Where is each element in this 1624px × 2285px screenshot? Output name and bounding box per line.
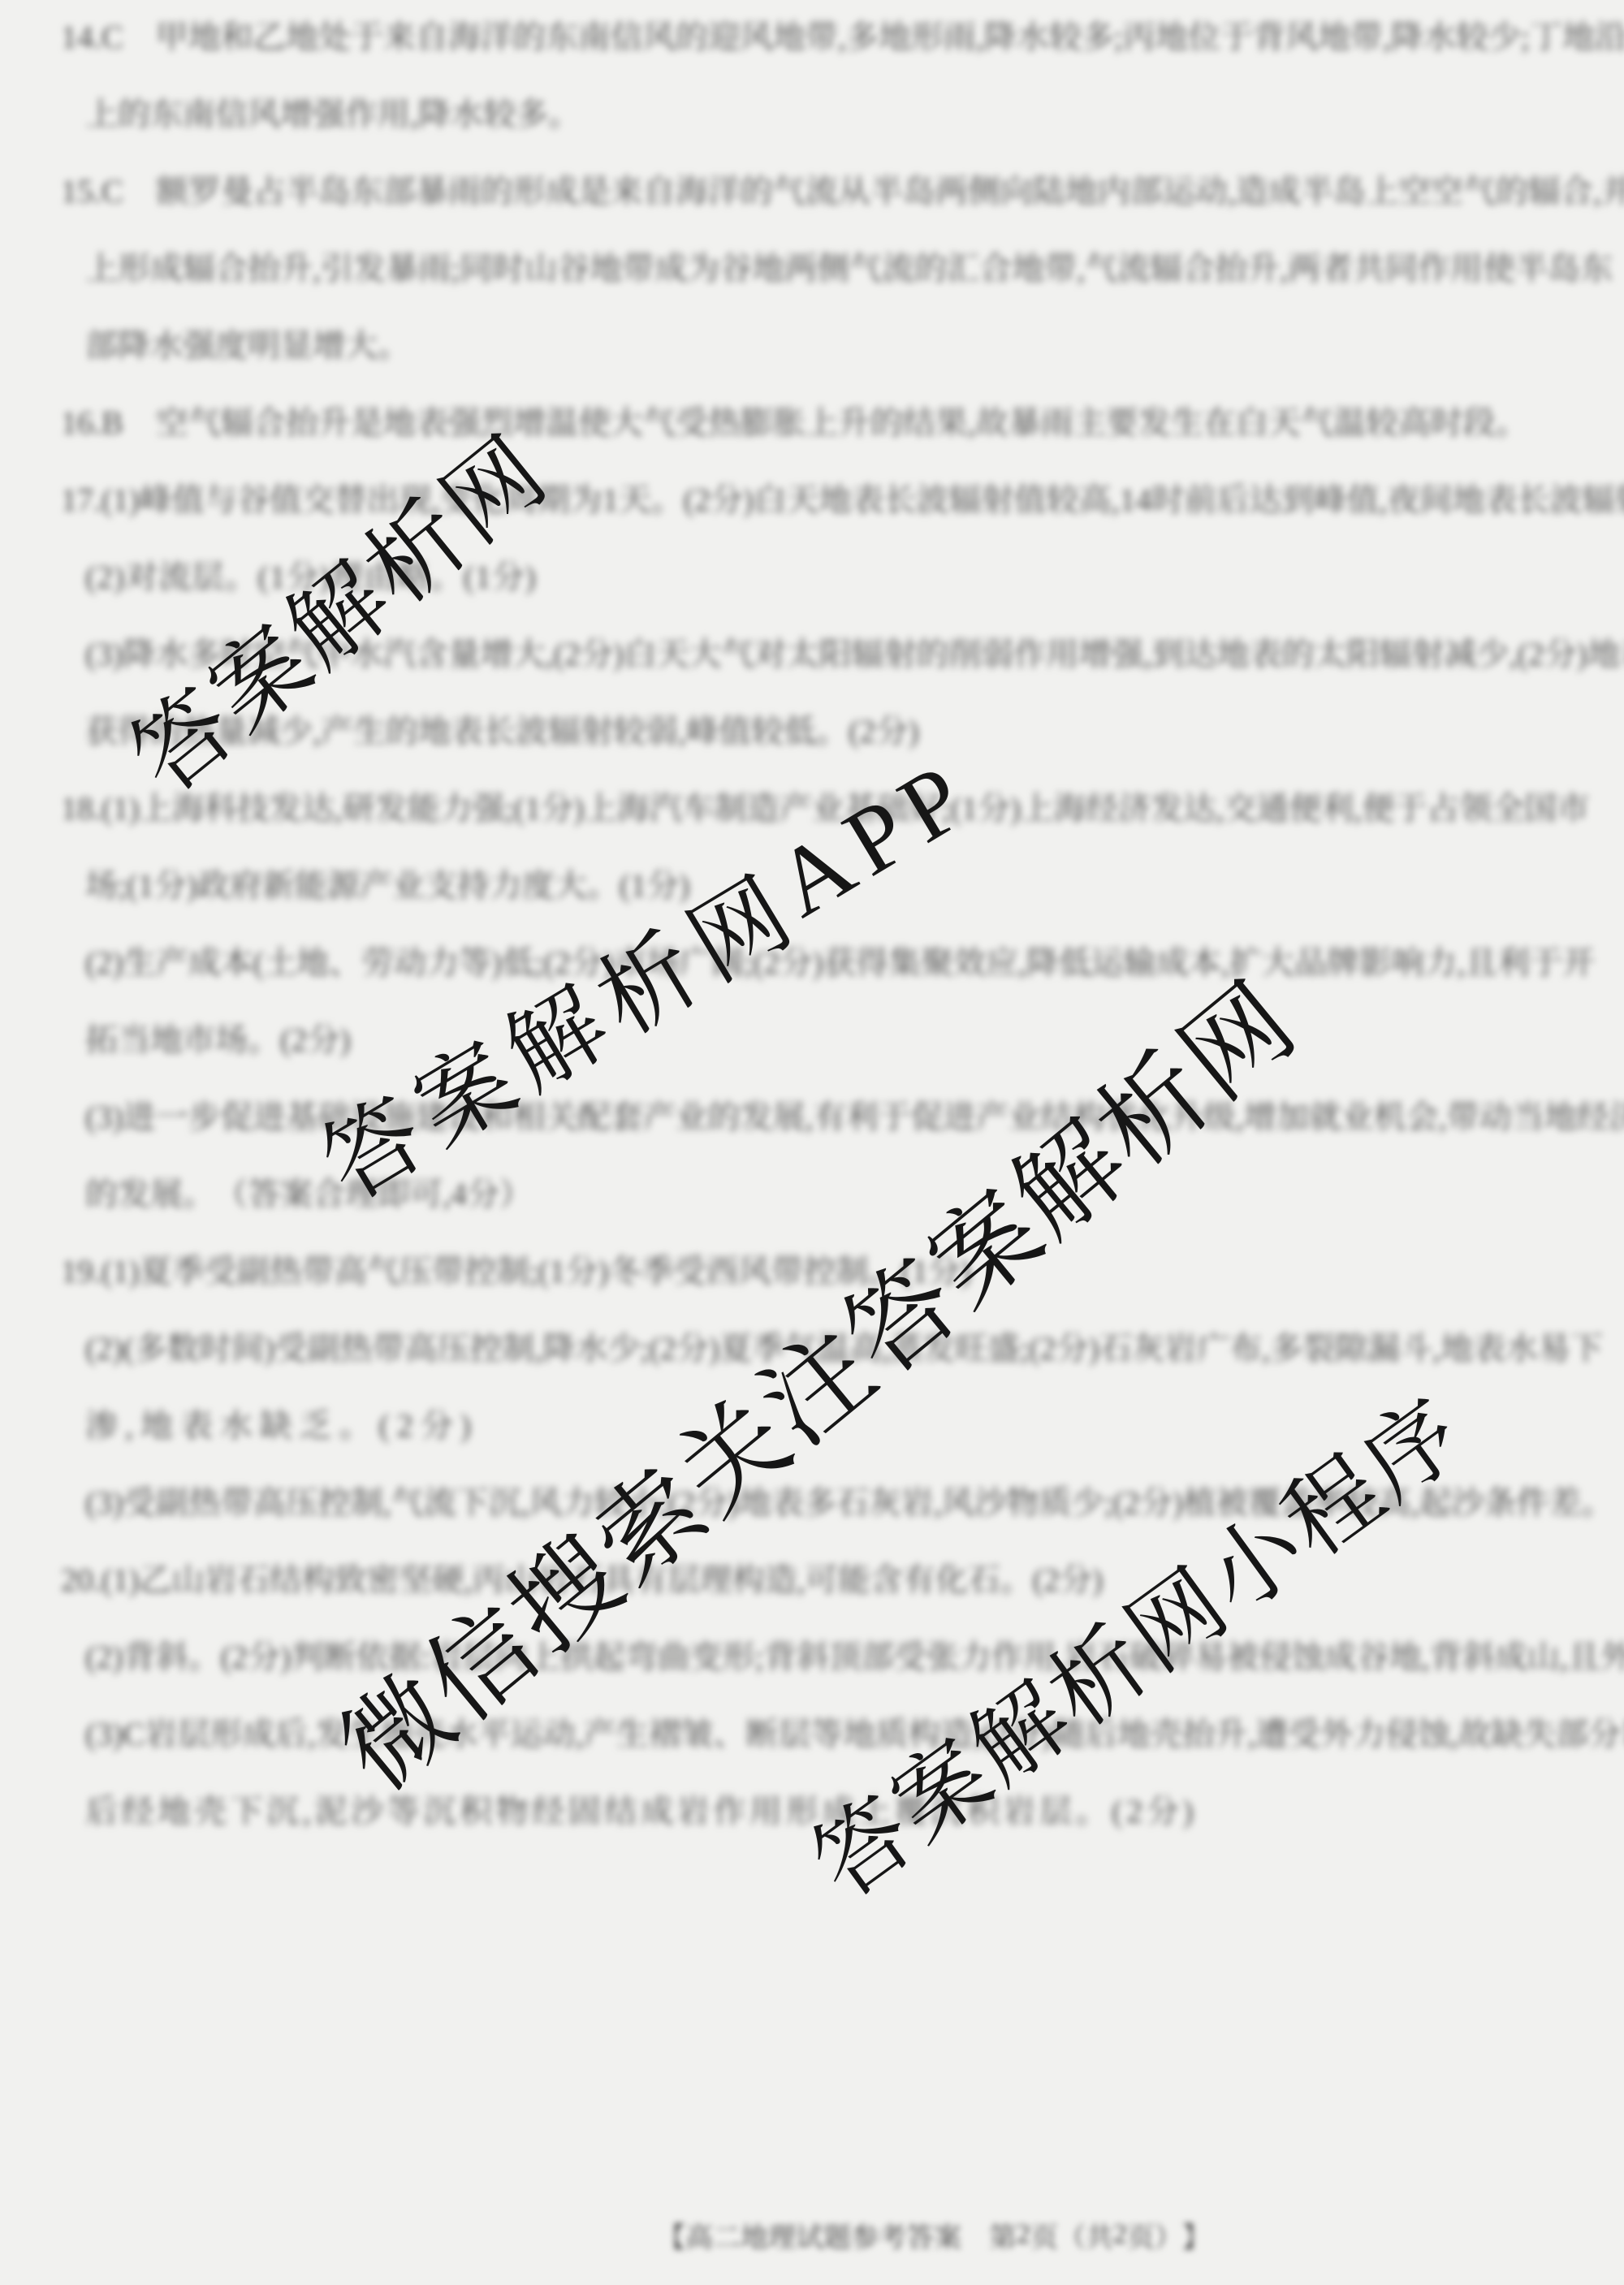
- answer-line: 部降水强度明显增大。: [85, 324, 398, 368]
- answer-line-15c: 15.C 额罗曼占半岛东部暴雨的形成是来自海洋的气流从半岛两侧向陆地内部运动,造…: [61, 170, 1579, 214]
- answer-line-14c: 14.C 甲地和乙地处于来自海洋的东南信风的迎风地带,多地形雨,降水较多;丙地位…: [61, 15, 1579, 59]
- answer-line-20-3: (3)C岩层形成后,发生地壳水平运动,产生褶皱、断层等地质构造;(2分)随后地壳…: [85, 1713, 1579, 1756]
- page-footer: 【高二地理试题参考答案 第 2 页（共 2 页）】: [658, 2217, 1064, 2253]
- watermark-answer-analysis-site: 答案解析网: [97, 400, 568, 819]
- answer-line-20-2: (2)背斜。(2分)判断依据:岩层向上拱起弯曲变形;背斜顶部受张力作用,岩石破碎…: [85, 1635, 1579, 1679]
- answer-line: 渗,地表水缺乏。(2分): [85, 1404, 471, 1448]
- answer-line: 上的东南信风增强作用,降水较多。: [85, 93, 560, 136]
- answer-line: 上形成辐合抬升,引发暴雨;同时山谷地带成为谷地两侧气流的汇合地带,气流辐合抬升,…: [85, 247, 1535, 291]
- answer-line-16b: 16.B 空气辐合抬升是地表强烈增温使大气受热膨胀上升的结果,故暴雨主要发生在白…: [61, 401, 1186, 445]
- answer-line-19-1: 19.(1)夏季受副热带高气压带控制;(1分)冬季受西风带控制。(1分): [61, 1250, 731, 1294]
- answer-line: 场;(1分)政府新能源产业支持力度大。(1分): [85, 864, 666, 908]
- answer-line-17-1: 17.(1)峰值与谷值交替出现,变化周期为1天。(2分)白天地表长波辐射值较高,…: [61, 478, 1579, 522]
- document-page: 14.C 甲地和乙地处于来自海洋的东南信风的迎风地带,多地形雨,降水较多;丙地位…: [0, 0, 1624, 2285]
- answer-line: 拓当地市场。(2分): [85, 1018, 300, 1062]
- answer-line-18-2: (2)生产成本(土地、劳动力等)低;(2分)市场广阔;(2分)获得集聚效应,降低…: [85, 941, 1579, 985]
